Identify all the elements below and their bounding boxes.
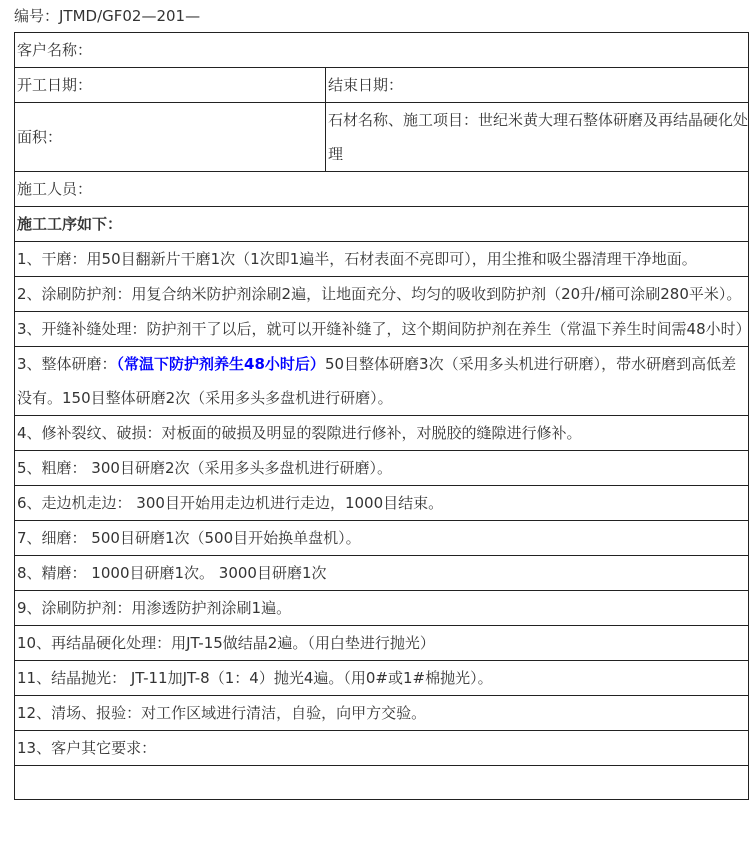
step-row: 5、粗磨： 300目研磨2次（采用多头多盘机进行研磨）。 (15, 451, 749, 486)
step-8: 8、精磨： 1000目研磨1次。 3000目研磨1次 (15, 556, 749, 591)
step-row: 2、涂刷防护剂：用复合纳米防护剂涂刷2遍，让地面充分、均匀的吸收到防护剂（20升… (15, 277, 749, 312)
step-13-customer-requests[interactable]: 13、客户其它要求： (15, 731, 749, 766)
row-dates: 开工日期： 结束日期： (15, 68, 749, 103)
row-customer-name: 客户名称： (15, 33, 749, 68)
step-row: 9、涂刷防护剂：用渗透防护剂涂刷1遍。 (15, 591, 749, 626)
step-row: 3、开缝补缝处理：防护剂干了以后，就可以开缝补缝了，这个期间防护剂在养生（常温下… (15, 312, 749, 347)
procedure-title: 施工工序如下： (15, 207, 749, 242)
step-5: 5、粗磨： 300目研磨2次（采用多头多盘机进行研磨）。 (15, 451, 749, 486)
step-row: 1、干磨：用50目翻新片干磨1次（1次即1遍半，石材表面不亮即可），用尘推和吸尘… (15, 242, 749, 277)
step-11: 11、结晶抛光： JT-11加JT-8（1：4）抛光4遍。（用0#或1#棉抛光）… (15, 661, 749, 696)
material-project-field[interactable]: 石材名称、施工项目：世纪米黄大理石整体研磨及再结晶硬化处理 (326, 103, 749, 172)
step-7: 7、细磨： 500目研磨1次（500目开始换单盘机）。 (15, 521, 749, 556)
row-area-material: 面积： 石材名称、施工项目：世纪米黄大理石整体研磨及再结晶硬化处理 (15, 103, 749, 172)
step-row: 4、修补裂纹、破损：对板面的破损及明显的裂隙进行修补，对脱胶的缝隙进行修补。 (15, 416, 749, 451)
step-3-joints: 3、开缝补缝处理：防护剂干了以后，就可以开缝补缝了，这个期间防护剂在养生（常温下… (15, 312, 749, 347)
step-row: 8、精磨： 1000目研磨1次。 3000目研磨1次 (15, 556, 749, 591)
crew-field[interactable]: 施工人员： (15, 172, 749, 207)
step-10: 10、再结晶硬化处理：用JT-15做结晶2遍。（用白垫进行抛光） (15, 626, 749, 661)
row-crew: 施工人员： (15, 172, 749, 207)
row-blank (15, 766, 749, 800)
step-12: 12、清场、报验：对工作区域进行清洁，自验，向甲方交验。 (15, 696, 749, 731)
step-1: 1、干磨：用50目翻新片干磨1次（1次即1遍半，石材表面不亮即可），用尘推和吸尘… (15, 242, 749, 277)
construction-form-table: 客户名称： 开工日期： 结束日期： 面积： 石材名称、施工项目：世纪米黄大理石整… (14, 32, 749, 800)
step-row: 7、细磨： 500目研磨1次（500目开始换单盘机）。 (15, 521, 749, 556)
customer-name-field[interactable]: 客户名称： (15, 33, 749, 68)
step-row: 12、清场、报验：对工作区域进行清洁，自验，向甲方交验。 (15, 696, 749, 731)
step-4: 4、修补裂纹、破损：对板面的破损及明显的裂隙进行修补，对脱胶的缝隙进行修补。 (15, 416, 749, 451)
document-number: 编号：JTMD/GF02—201— (14, 4, 200, 28)
step-9: 9、涂刷防护剂：用渗透防护剂涂刷1遍。 (15, 591, 749, 626)
step-row: 10、再结晶硬化处理：用JT-15做结晶2遍。（用白垫进行抛光） (15, 626, 749, 661)
step-3-grinding: 3、整体研磨：（常温下防护剂养生48小时后）50目整体研磨3次（采用多头机进行研… (15, 347, 749, 416)
step-row: 6、走边机走边： 300目开始用走边机进行走边，1000目结束。 (15, 486, 749, 521)
step-row: 13、客户其它要求： (15, 731, 749, 766)
step-6: 6、走边机走边： 300目开始用走边机进行走边，1000目结束。 (15, 486, 749, 521)
step-highlight: （常温下防护剂养生48小时后） (117, 355, 325, 373)
step-row: 3、整体研磨：（常温下防护剂养生48小时后）50目整体研磨3次（采用多头机进行研… (15, 347, 749, 416)
step-row: 11、结晶抛光： JT-11加JT-8（1：4）抛光4遍。（用0#或1#棉抛光）… (15, 661, 749, 696)
end-date-field[interactable]: 结束日期： (326, 68, 749, 103)
step-2: 2、涂刷防护剂：用复合纳米防护剂涂刷2遍，让地面充分、均匀的吸收到防护剂（20升… (15, 277, 749, 312)
row-procedure-title: 施工工序如下： (15, 207, 749, 242)
area-field[interactable]: 面积： (15, 103, 326, 172)
start-date-field[interactable]: 开工日期： (15, 68, 326, 103)
customer-requests-blank[interactable] (15, 766, 749, 800)
step-prefix: 3、整体研磨： (17, 355, 117, 373)
